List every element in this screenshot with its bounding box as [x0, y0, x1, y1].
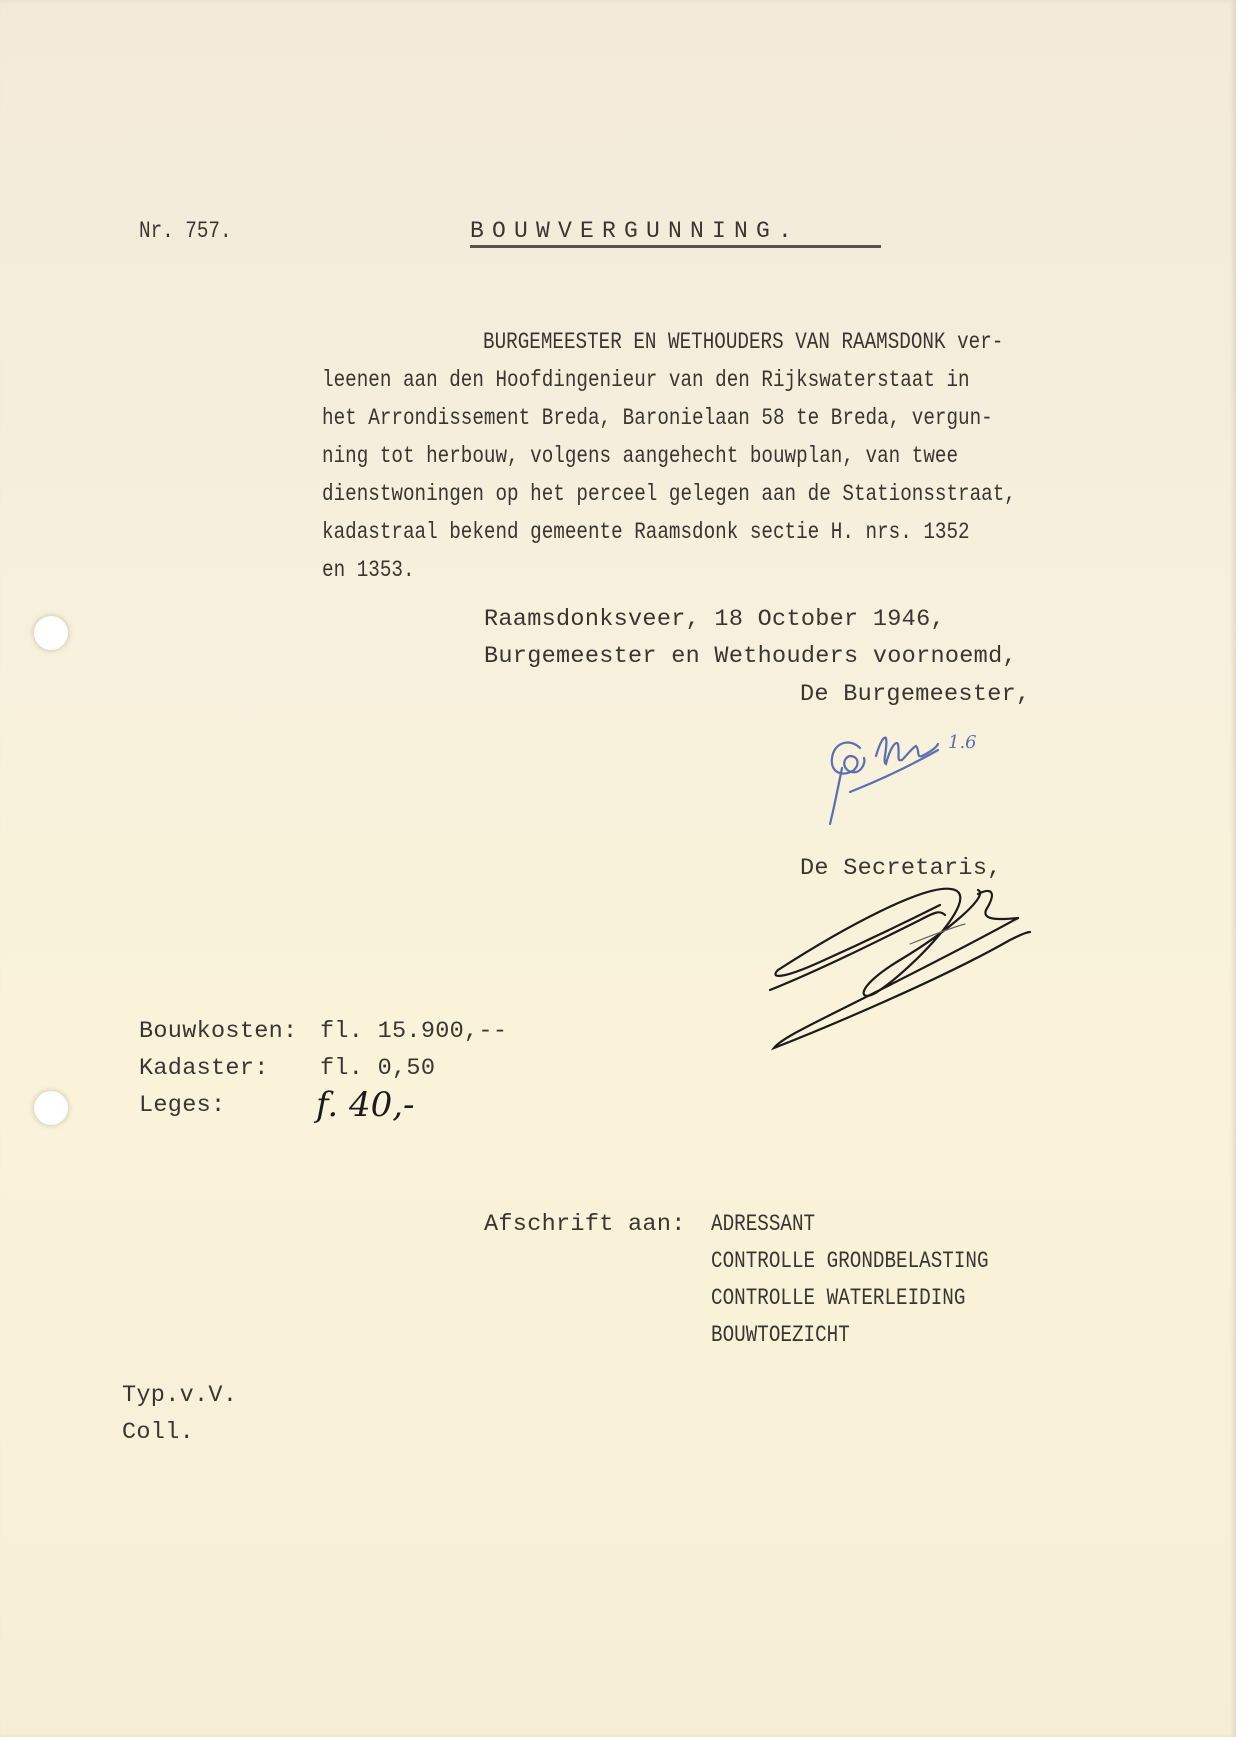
copy-label: Afschrift aan: — [484, 1211, 686, 1238]
cost-value-kadaster: fl. 0,50 — [320, 1055, 435, 1082]
copy-recipient: BOUWTOEZICHT — [711, 1322, 880, 1349]
body-line: en 1353. — [322, 557, 435, 584]
page-edge — [1236, 0, 1247, 1737]
typist-initials: Typ.v.V. — [122, 1382, 237, 1409]
body-line: ning tot herbouw, volgens aangehecht bou… — [322, 443, 1098, 470]
body-line: het Arrondissement Breda, Baronielaan 58… — [322, 405, 1140, 432]
copy-recipient: CONTROLLE GRONDBELASTING — [711, 1248, 1049, 1275]
collated-mark: Coll. — [122, 1419, 194, 1446]
cost-label-kadaster: Kadaster: — [139, 1055, 269, 1082]
mayor-signature-icon: 1.6 — [820, 728, 1020, 828]
svg-text:1.6: 1.6 — [948, 732, 977, 753]
secretary-label: De Secretaris, — [800, 855, 1002, 882]
cost-value-bouwkosten: fl. 15.900,-- — [320, 1018, 507, 1045]
body-line: leenen aan den Hoofdingenieur van den Ri… — [322, 367, 1112, 394]
document-page — [0, 0, 1236, 1737]
body-line: dienstwoningen op het perceel gelegen aa… — [322, 481, 1168, 508]
punch-hole-lower — [34, 1091, 68, 1125]
cost-value-leges-handwritten: f. 40,- — [316, 1085, 415, 1125]
title-underline — [470, 245, 881, 248]
copy-recipient: ADRESSANT — [711, 1211, 838, 1238]
mayor-label: De Burgemeester, — [800, 681, 1030, 708]
cost-label-bouwkosten: Bouwkosten: — [139, 1018, 297, 1045]
document-title: BOUWVERGUNNING. — [470, 218, 800, 244]
body-line: kadastraal bekend gemeente Raamsdonk sec… — [322, 519, 1112, 546]
place-date: Raamsdonksveer, 18 October 1946, — [484, 606, 945, 633]
copy-recipient: CONTROLLE WATERLEIDING — [711, 1285, 1021, 1312]
cost-label-leges: Leges: — [139, 1092, 225, 1119]
punch-hole-upper — [34, 616, 68, 650]
secretary-signature-icon — [760, 880, 1080, 1070]
body-line: BURGEMEESTER EN WETHOUDERS VAN RAAMSDONK… — [483, 329, 1118, 356]
authority-line: Burgemeester en Wethouders voornoemd, — [484, 643, 1017, 670]
permit-number: Nr. 757. — [139, 218, 252, 245]
